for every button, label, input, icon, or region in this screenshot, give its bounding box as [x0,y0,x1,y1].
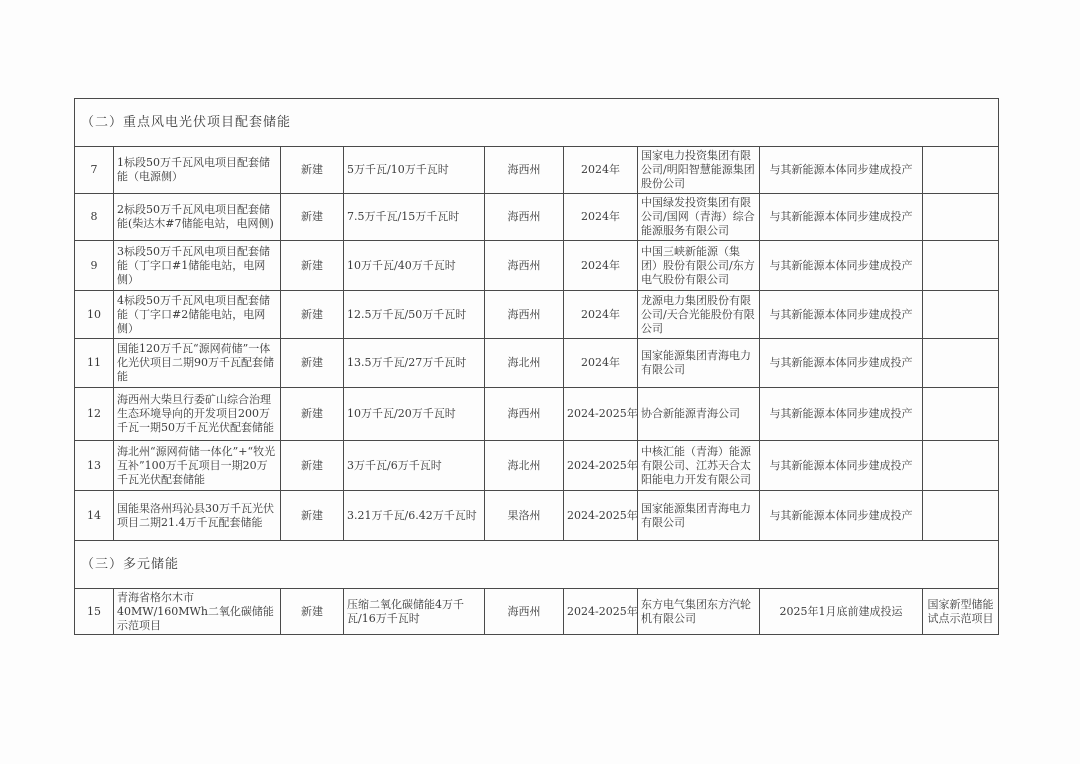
project-name-cell: 4标段50万千瓦风电项目配套储能（丁字口#2储能电站，电网侧） [114,291,281,339]
remarks-cell [923,491,999,541]
row-number-cell: 14 [75,491,114,541]
construction-type-cell: 新建 [281,491,344,541]
table-row: 93标段50万千瓦风电项目配套储能（丁字口#1储能电站，电网侧）新建10万千瓦/… [75,241,999,291]
construction-time-cell: 2024年 [564,339,638,388]
construction-time-cell: 2024-2025年 [564,441,638,491]
table-row: 11国能120万千瓦“源网荷储”一体化光伏项目二期90万千瓦配套储能新建13.5… [75,339,999,388]
construction-type-cell: 新建 [281,291,344,339]
table-row: 82标段50万千瓦风电项目配套储能(柴达木#7储能电站，电网侧)新建7.5万千瓦… [75,194,999,241]
table-row: 14国能果洛州玛沁县30万千瓦光伏项目二期21.4万千瓦配套储能新建3.21万千… [75,491,999,541]
remarks-cell: 国家新型储能试点示范项目 [923,589,999,635]
project-name-cell: 2标段50万千瓦风电项目配套储能(柴达木#7储能电站，电网侧) [114,194,281,241]
construction-type-cell: 新建 [281,147,344,194]
project-name-cell: 3标段50万千瓦风电项目配套储能（丁字口#1储能电站，电网侧） [114,241,281,291]
construction-time-cell: 2024年 [564,147,638,194]
project-name-cell: 海西州大柴旦行委矿山综合治理生态环境导向的开发项目200万千瓦一期50万千瓦光伏… [114,388,281,441]
construction-type-cell: 新建 [281,388,344,441]
row-number-cell: 10 [75,291,114,339]
location-cell: 海北州 [485,441,564,491]
project-name-cell: 青海省格尔木市40MW/160MWh二氧化碳储能示范项目 [114,589,281,635]
row-number-cell: 13 [75,441,114,491]
remarks-cell [923,147,999,194]
project-scale-cell: 7.5万千瓦/15万千瓦时 [344,194,485,241]
progress-requirement-cell: 与其新能源本体同步建成投产 [760,291,923,339]
location-cell: 海北州 [485,339,564,388]
table-row: 13海北州“源网荷储一体化”+“牧光互补”100万千瓦项目一期20万千瓦光伏配套… [75,441,999,491]
section-title: （三）多元储能 [75,541,999,589]
owner-company-cell: 中国三峡新能源（集团）股份有限公司/东方电气股份有限公司 [638,241,760,291]
project-scale-cell: 压缩二氧化碳储能4万千瓦/16万千瓦时 [344,589,485,635]
owner-company-cell: 国家能源集团青海电力有限公司 [638,491,760,541]
remarks-cell [923,339,999,388]
project-scale-cell: 13.5万千瓦/27万千瓦时 [344,339,485,388]
progress-requirement-cell: 与其新能源本体同步建成投产 [760,147,923,194]
location-cell: 果洛州 [485,491,564,541]
construction-type-cell: 新建 [281,241,344,291]
construction-time-cell: 2024年 [564,291,638,339]
project-scale-cell: 10万千瓦/20万千瓦时 [344,388,485,441]
project-name-cell: 海北州“源网荷储一体化”+“牧光互补”100万千瓦项目一期20万千瓦光伏配套储能 [114,441,281,491]
owner-company-cell: 协合新能源青海公司 [638,388,760,441]
owner-company-cell: 中核汇能（青海）能源有限公司、江苏天合太阳能电力开发有限公司 [638,441,760,491]
construction-time-cell: 2024-2025年 [564,589,638,635]
row-number-cell: 9 [75,241,114,291]
owner-company-cell: 国家能源集团青海电力有限公司 [638,339,760,388]
construction-time-cell: 2024-2025年 [564,388,638,441]
construction-type-cell: 新建 [281,339,344,388]
construction-time-cell: 2024年 [564,241,638,291]
location-cell: 海西州 [485,589,564,635]
progress-requirement-cell: 与其新能源本体同步建成投产 [760,491,923,541]
row-number-cell: 7 [75,147,114,194]
construction-type-cell: 新建 [281,194,344,241]
owner-company-cell: 东方电气集团东方汽轮机有限公司 [638,589,760,635]
energy-storage-project-table: （二）重点风电光伏项目配套储能71标段50万千瓦风电项目配套储能（电源侧）新建5… [74,98,999,635]
project-scale-cell: 3.21万千瓦/6.42万千瓦时 [344,491,485,541]
project-scale-cell: 5万千瓦/10万千瓦时 [344,147,485,194]
remarks-cell [923,441,999,491]
remarks-cell [923,291,999,339]
location-cell: 海西州 [485,147,564,194]
table-row: 15青海省格尔木市40MW/160MWh二氧化碳储能示范项目新建压缩二氧化碳储能… [75,589,999,635]
owner-company-cell: 国家电力投资集团有限公司/明阳智慧能源集团股份公司 [638,147,760,194]
construction-time-cell: 2024年 [564,194,638,241]
table-row: 71标段50万千瓦风电项目配套储能（电源侧）新建5万千瓦/10万千瓦时海西州20… [75,147,999,194]
progress-requirement-cell: 与其新能源本体同步建成投产 [760,241,923,291]
location-cell: 海西州 [485,241,564,291]
construction-type-cell: 新建 [281,441,344,491]
progress-requirement-cell: 2025年1月底前建成投运 [760,589,923,635]
remarks-cell [923,388,999,441]
progress-requirement-cell: 与其新能源本体同步建成投产 [760,194,923,241]
construction-type-cell: 新建 [281,589,344,635]
location-cell: 海西州 [485,194,564,241]
project-name-cell: 1标段50万千瓦风电项目配套储能（电源侧） [114,147,281,194]
progress-requirement-cell: 与其新能源本体同步建成投产 [760,388,923,441]
section-title: （二）重点风电光伏项目配套储能 [75,99,999,147]
location-cell: 海西州 [485,291,564,339]
remarks-cell [923,194,999,241]
project-name-cell: 国能果洛州玛沁县30万千瓦光伏项目二期21.4万千瓦配套储能 [114,491,281,541]
project-scale-cell: 12.5万千瓦/50万千瓦时 [344,291,485,339]
row-number-cell: 11 [75,339,114,388]
row-number-cell: 8 [75,194,114,241]
progress-requirement-cell: 与其新能源本体同步建成投产 [760,441,923,491]
table-row: 12海西州大柴旦行委矿山综合治理生态环境导向的开发项目200万千瓦一期50万千瓦… [75,388,999,441]
row-number-cell: 12 [75,388,114,441]
section-header: （三）多元储能 [75,541,999,589]
project-scale-cell: 10万千瓦/40万千瓦时 [344,241,485,291]
owner-company-cell: 中国绿发投资集团有限公司/国网（青海）综合能源服务有限公司 [638,194,760,241]
location-cell: 海西州 [485,388,564,441]
section-header: （二）重点风电光伏项目配套储能 [75,99,999,147]
project-scale-cell: 3万千瓦/6万千瓦时 [344,441,485,491]
progress-requirement-cell: 与其新能源本体同步建成投产 [760,339,923,388]
row-number-cell: 15 [75,589,114,635]
project-name-cell: 国能120万千瓦“源网荷储”一体化光伏项目二期90万千瓦配套储能 [114,339,281,388]
table-row: 104标段50万千瓦风电项目配套储能（丁字口#2储能电站，电网侧）新建12.5万… [75,291,999,339]
owner-company-cell: 龙源电力集团股份有限公司/天合光能股份有限公司 [638,291,760,339]
remarks-cell [923,241,999,291]
construction-time-cell: 2024-2025年 [564,491,638,541]
